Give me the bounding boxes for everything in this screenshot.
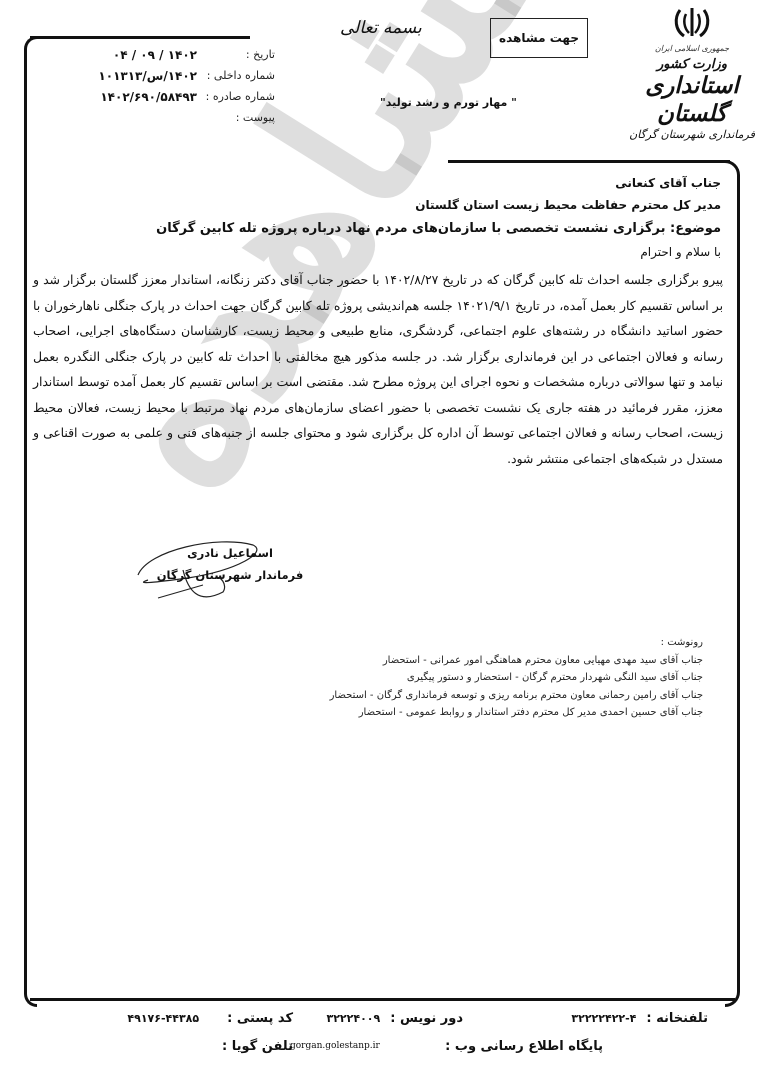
web-url-link[interactable]: gorgan.golestanp.ir (290, 1041, 380, 1051)
fax-label: دور نویس : (390, 1011, 463, 1026)
phone-value: ۳۲۲۲۲۴۲۲-۴ (571, 1012, 636, 1025)
phone-label: تلفنخانه : (646, 1011, 708, 1026)
internal-number-value: ۱۴۰۲/س/۱۰۱۳۱۳ (98, 69, 197, 83)
attachment-label: پیوست : (203, 111, 275, 124)
letterhead: جمهوری اسلامی ایران وزارت کشور استانداری… (622, 6, 762, 141)
internal-number-row: شماره داخلی : ۱۴۰۲/س/۱۰۱۳۱۳ (55, 65, 275, 86)
footer-fax: دور نویس : ۳۲۲۲۴۰۰۹ (327, 1011, 464, 1026)
footer-phone: تلفنخانه : ۳۲۲۲۲۴۲۲-۴ (571, 1011, 708, 1026)
frame-border-right (725, 160, 740, 1007)
county-label: فرمانداری شهرستان گرگان (622, 128, 762, 141)
date-row: تاریخ : ۱۴۰۲ / ۰۹ / ۰۴ (55, 44, 275, 65)
signature-block: اسماعیل نادری فرماندار شهرستان گرگان (150, 542, 310, 586)
letter-meta: تاریخ : ۱۴۰۲ / ۰۹ / ۰۴ شماره داخلی : ۱۴۰… (55, 44, 275, 128)
recipient-title: مدیر کل محترم حفاظت محیط زیست استان گلست… (41, 198, 721, 212)
outgoing-number-label: شماره صادره : (203, 90, 275, 103)
web-label: پایگاه اطلاع رسانی وب : (445, 1039, 603, 1054)
outgoing-number-value: ۱۴۰۲/۶۹۰/۵۸۴۹۳ (100, 90, 197, 104)
letter-page: جهت مشاهده جمهوری اسلامی ایران وزارت کشو… (0, 0, 763, 1080)
republic-label: جمهوری اسلامی ایران (622, 44, 762, 53)
recipient-name: جناب آقای کنعانی (41, 176, 721, 190)
date-label: تاریخ : (203, 48, 275, 61)
attachment-row: پیوست : (55, 107, 275, 128)
frame-border-left (24, 36, 37, 1007)
signatory-name: اسماعیل نادری (150, 542, 310, 564)
letter-body: پیرو برگزاری جلسه احداث تله کابین گرگان … (33, 268, 723, 472)
frame-border-top-right (448, 160, 730, 163)
letter-subject: موضوع: برگزاری نشست تخصصی با سازمان‌های … (41, 221, 721, 236)
ministry-label: وزارت کشور (622, 57, 762, 72)
postal-value: ۴۹۱۷۶-۴۴۳۸۵ (127, 1012, 199, 1025)
frame-border-top (30, 36, 250, 39)
view-only-stamp: جهت مشاهده (490, 18, 588, 58)
greeting: با سلام و احترام (41, 245, 721, 259)
signatory-title: فرماندار شهرستان گرگان (150, 564, 310, 586)
cc-item: جناب آقای سید النگی شهردار محترم گرگان -… (263, 669, 703, 687)
year-slogan: " مهار تورم و رشد تولید" (380, 96, 517, 109)
footer-voice-phone: تلفن گویا : (222, 1039, 293, 1054)
date-value: ۱۴۰۲ / ۰۹ / ۰۴ (113, 48, 197, 62)
cc-list: رونوشت : جناب آقای سید مهدی مهیایی معاون… (263, 634, 703, 722)
footer-web-url[interactable]: gorgan.golestanp.ir (290, 1041, 380, 1051)
iran-emblem-icon (672, 6, 712, 40)
bismillah-heading: بسمه تعالی (340, 18, 422, 38)
cc-label: رونوشت : (263, 634, 703, 652)
cc-item: جناب آقای رامین رحمانی معاون محترم برنام… (263, 687, 703, 705)
frame-border-bottom (30, 998, 735, 1001)
cc-item: جناب آقای سید مهدی مهیایی معاون محترم هم… (263, 652, 703, 670)
province-label: استانداری گلستان (622, 72, 762, 128)
voice-phone-label: تلفن گویا : (222, 1039, 293, 1054)
internal-number-label: شماره داخلی : (203, 69, 275, 82)
outgoing-number-row: شماره صادره : ۱۴۰۲/۶۹۰/۵۸۴۹۳ (55, 86, 275, 107)
footer-postal: کد پستی : ۴۹۱۷۶-۴۴۳۸۵ (127, 1011, 293, 1026)
postal-label: کد پستی : (227, 1011, 293, 1026)
cc-item: جناب آقای حسین احمدی مدیر کل محترم دفتر … (263, 704, 703, 722)
footer-web: پایگاه اطلاع رسانی وب : (405, 1039, 603, 1054)
fax-value: ۳۲۲۲۴۰۰۹ (327, 1012, 381, 1025)
